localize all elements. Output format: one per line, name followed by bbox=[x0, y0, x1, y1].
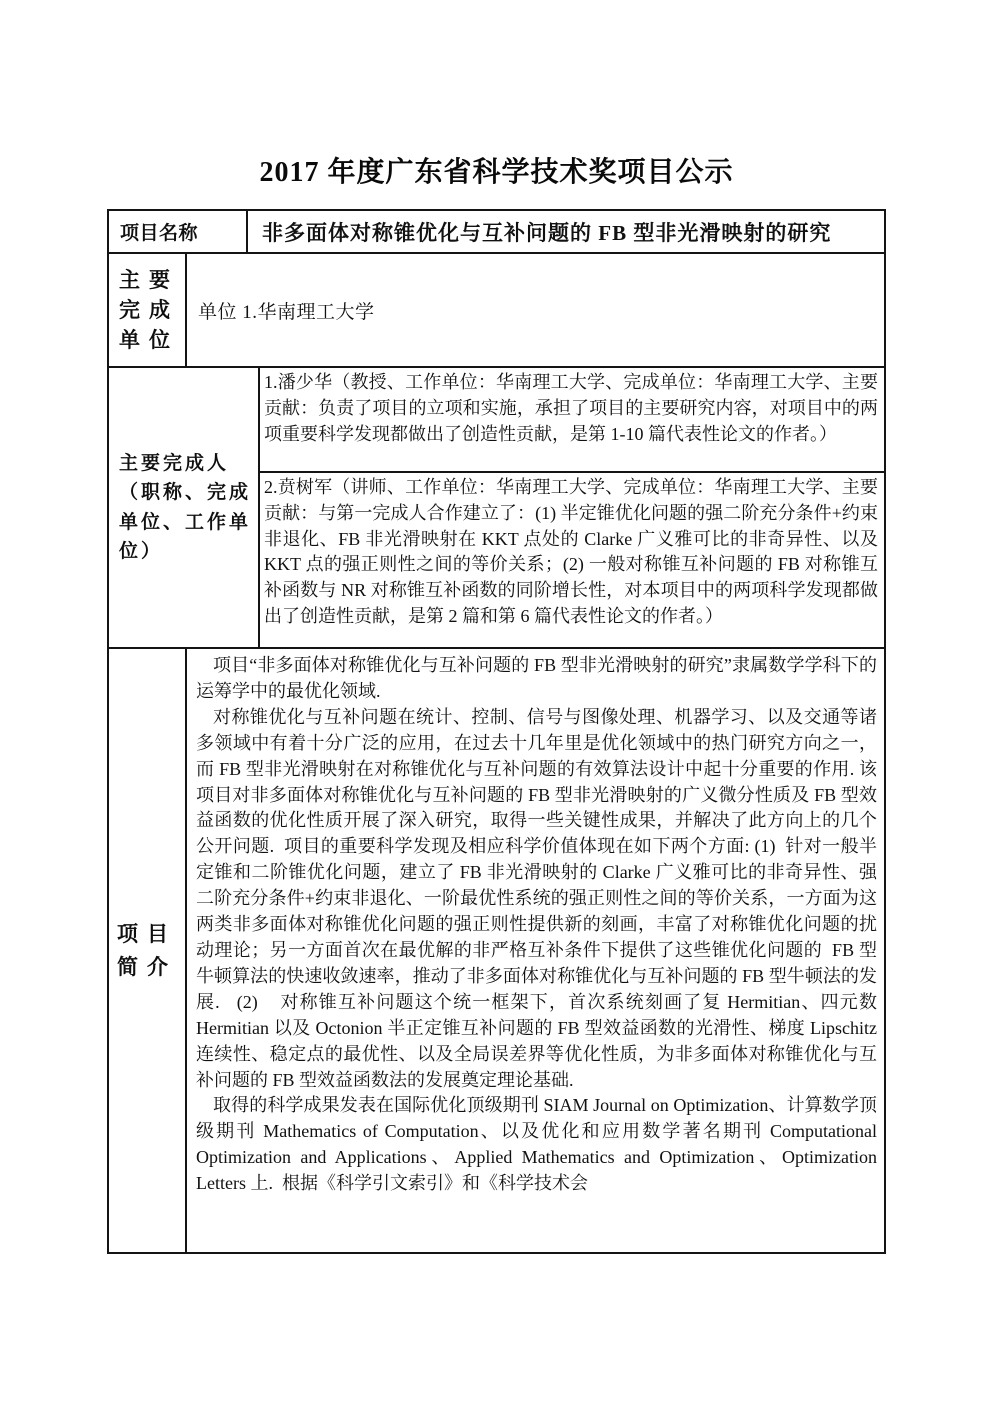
project-name-value: 非多面体对称锥优化与互补问题的 FB 型非光滑映射的研究 bbox=[248, 211, 884, 252]
row-main-completers: 主要完成人 （职称、完成 单位、工作单 位） 1.潘少华（教授、工作单位：华南理… bbox=[109, 366, 884, 647]
completer-entry-2: 2.贲树军（讲师、工作单位：华南理工大学、完成单位：华南理工大学、主要贡献：与第… bbox=[260, 473, 884, 647]
intro-paragraph-1: 项目“非多面体对称锥优化与互补问题的 FB 型非光滑映射的研究”隶属数学学科下的… bbox=[196, 653, 877, 705]
main-completers-label: 主要完成人 （职称、完成 单位、工作单 位） bbox=[109, 368, 260, 647]
row-project-name: 项目名称 非多面体对称锥优化与互补问题的 FB 型非光滑映射的研究 bbox=[109, 211, 884, 252]
intro-paragraph-2: 对称锥优化与互补问题在统计、控制、信号与图像处理、机器学习、以及交通等诸多领域中… bbox=[196, 705, 877, 1094]
project-table: 项目名称 非多面体对称锥优化与互补问题的 FB 型非光滑映射的研究 主要 完成 … bbox=[107, 209, 886, 1254]
project-intro-value: 项目“非多面体对称锥优化与互补问题的 FB 型非光滑映射的研究”隶属数学学科下的… bbox=[187, 649, 884, 1252]
row-main-units: 主要 完成 单位 单位 1.华南理工大学 bbox=[109, 252, 884, 366]
main-completers-value: 1.潘少华（教授、工作单位：华南理工大学、完成单位：华南理工大学、主要贡献：负责… bbox=[260, 368, 884, 647]
page-title: 2017 年度广东省科学技术奖项目公示 bbox=[0, 0, 993, 193]
project-name-label: 项目名称 bbox=[109, 211, 248, 252]
document-page: 2017 年度广东省科学技术奖项目公示 项目名称 非多面体对称锥优化与互补问题的… bbox=[0, 0, 993, 1404]
completer-entry-1: 1.潘少华（教授、工作单位：华南理工大学、完成单位：华南理工大学、主要贡献：负责… bbox=[260, 368, 884, 473]
row-project-intro: 项目 简介 项目“非多面体对称锥优化与互补问题的 FB 型非光滑映射的研究”隶属… bbox=[109, 647, 884, 1252]
intro-paragraph-3: 取得的科学成果发表在国际优化顶级期刊 SIAM Journal on Optim… bbox=[196, 1093, 877, 1197]
main-units-value: 单位 1.华南理工大学 bbox=[187, 254, 884, 366]
main-units-label: 主要 完成 单位 bbox=[109, 254, 187, 366]
project-intro-label: 项目 简介 bbox=[109, 649, 187, 1252]
